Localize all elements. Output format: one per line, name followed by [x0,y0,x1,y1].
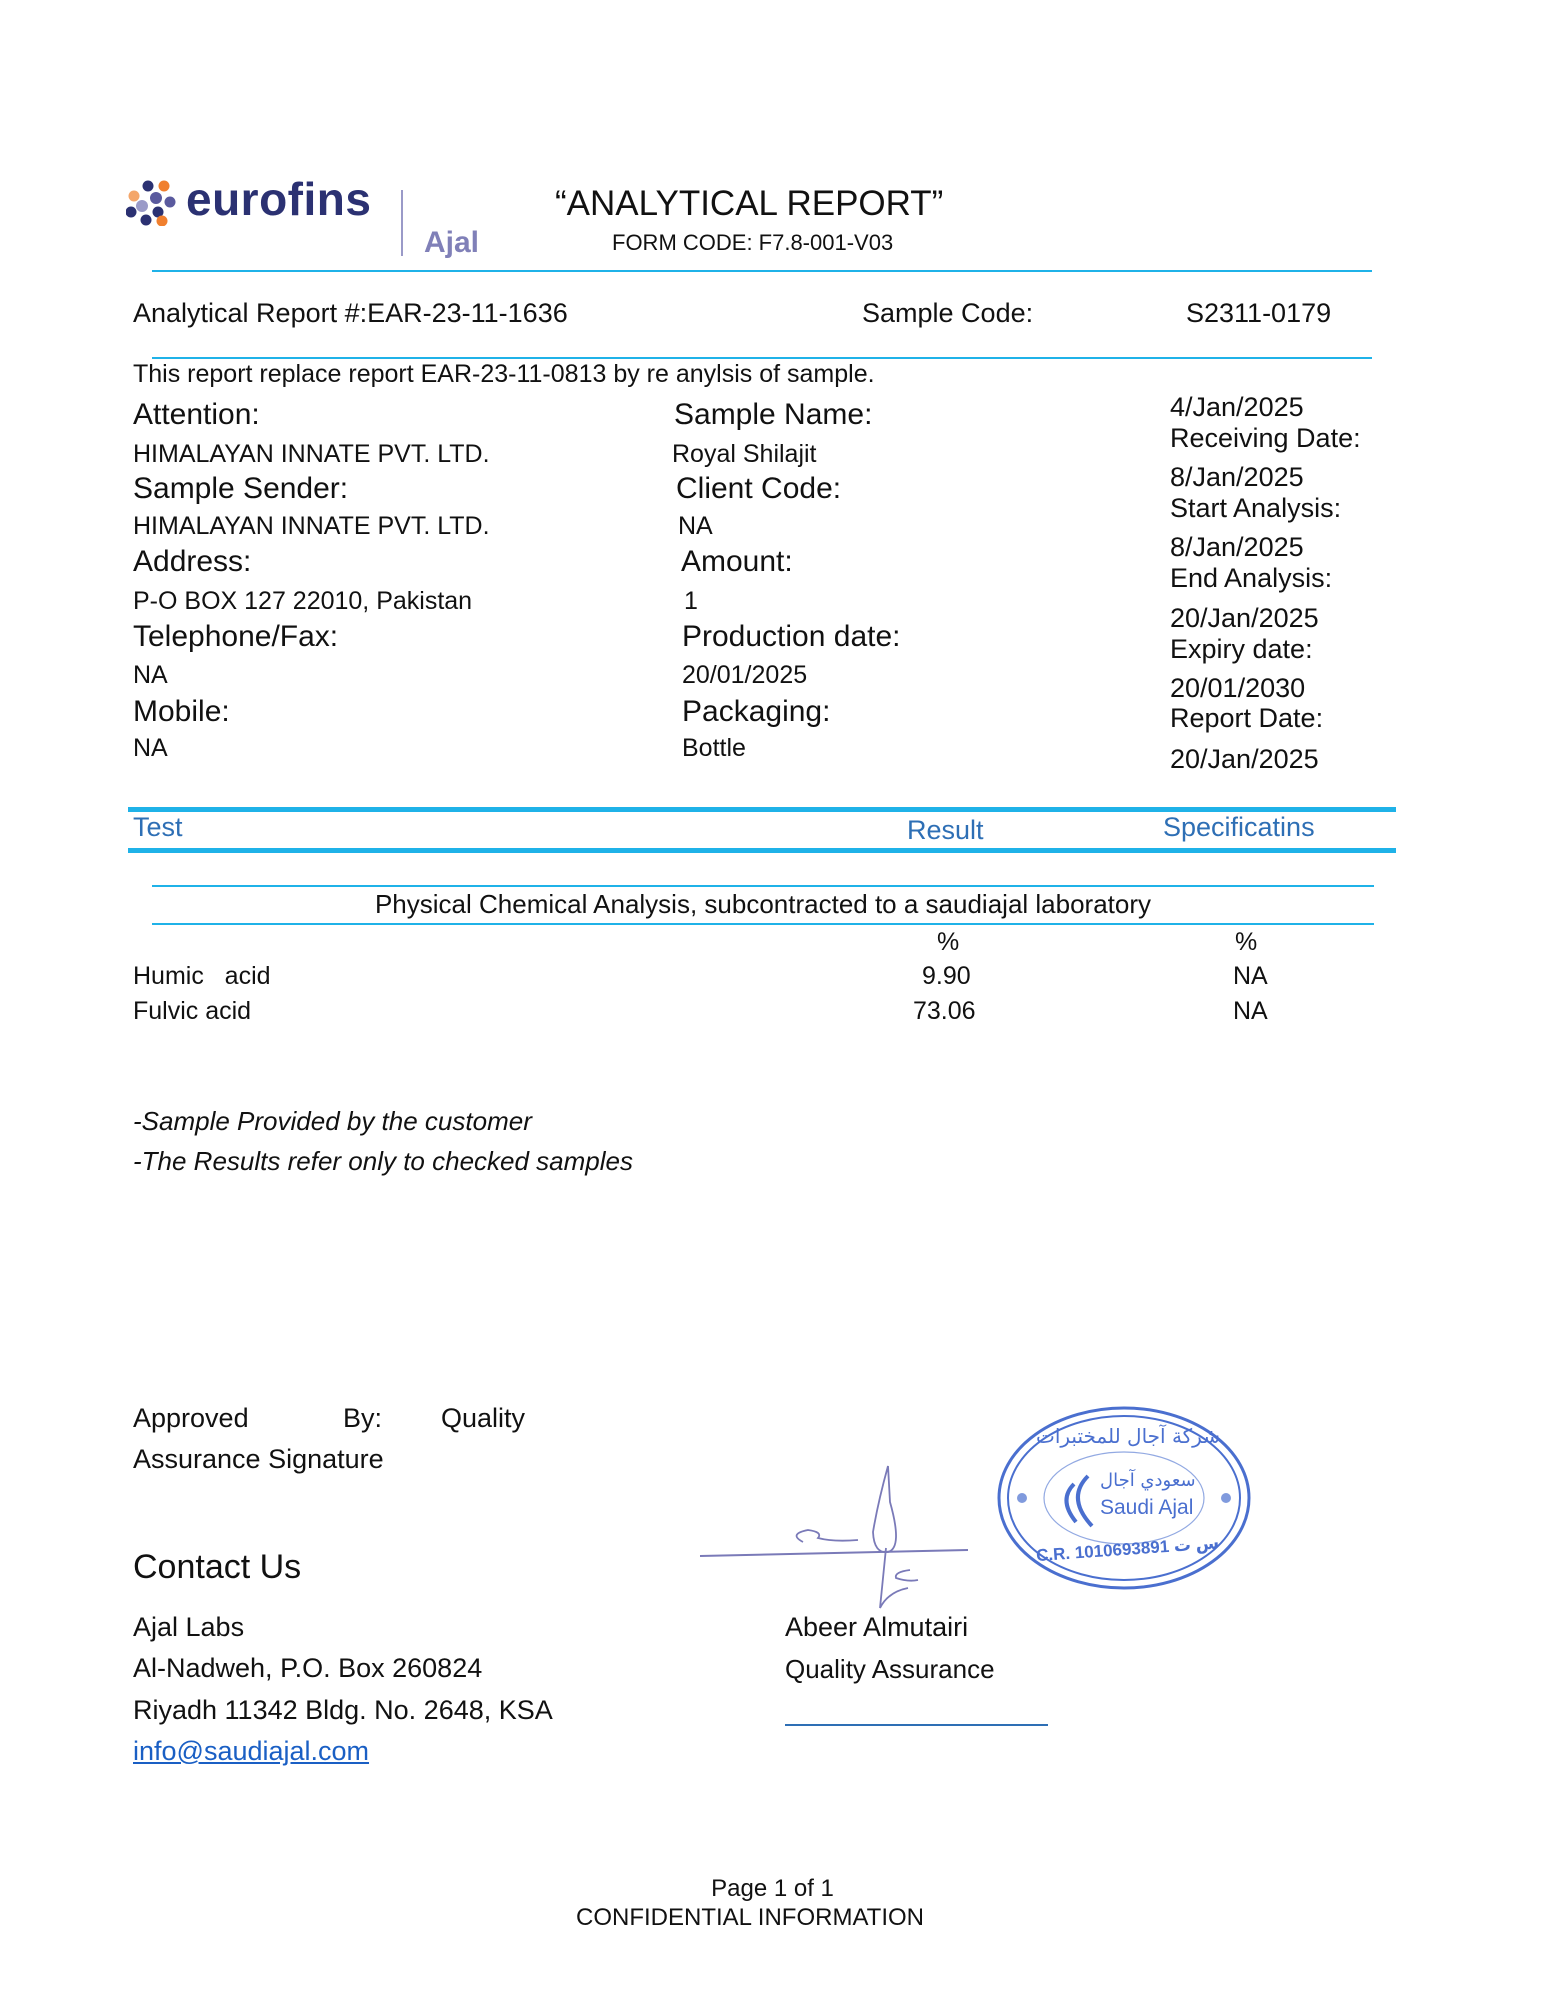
row-test-name: Humic acid [133,962,271,991]
brand-divider [401,190,403,256]
telephone-label: Telephone/Fax: [133,620,338,654]
packaging-label: Packaging: [682,695,830,729]
production-date-value: 20/01/2025 [682,661,807,690]
approved-word: Approved [133,1403,249,1434]
eurofins-logo-icon [126,180,176,226]
report-number: Analytical Report #:EAR-23-11-1636 [133,298,568,329]
sample-sender-value: HIMALAYAN INNATE PVT. LTD. [133,512,490,541]
attention-value: HIMALAYAN INNATE PVT. LTD. [133,440,490,469]
address-label: Address: [133,545,251,579]
spec-unit: % [1235,928,1257,957]
first-date-value: 4/Jan/2025 [1170,392,1304,423]
expiry-date-label: Expiry date: [1170,634,1313,665]
company-stamp: شركة آجال للمختبرات سعودي آجال Saudi Aja… [996,1404,1252,1592]
column-header-test: Test [133,812,183,843]
stamp-arabic-mid: سعودي آجال [1100,1470,1196,1491]
brand-name: eurofins [186,172,371,226]
sample-name-value: Royal Shilajit [672,440,817,469]
row-spec-value: NA [1233,962,1268,991]
telephone-value: NA [133,661,168,690]
report-info-divider [152,357,1372,359]
amount-label: Amount: [681,545,793,579]
address-value: P-O BOX 127 22010, Pakistan [133,587,472,616]
contact-title: Contact Us [133,1548,301,1587]
column-header-specifications: Specificatins [1163,812,1315,843]
mobile-label: Mobile: [133,695,230,729]
row-spec-value: NA [1233,997,1268,1026]
end-analysis-label: End Analysis: [1170,563,1332,594]
packaging-value: Bottle [682,734,746,763]
contact-address-line-2: Riyadh 11342 Bldg. No. 2648, KSA [133,1695,553,1726]
signer-role: Quality Assurance [785,1654,995,1685]
row-result-value: 9.90 [922,962,971,991]
stamp-arabic-top: شركة آجال للمختبرات [1036,1424,1212,1448]
receiving-date-value: 8/Jan/2025 [1170,462,1304,493]
receiving-date-label: Receiving Date: [1170,423,1361,454]
production-date-label: Production date: [682,620,900,654]
column-header-result: Result [907,815,984,846]
row-test-name: Fulvic acid [133,997,251,1026]
signer-name: Abeer Almutairi [785,1612,968,1643]
report-date-label: Report Date: [1170,703,1323,734]
page-title: “ANALYTICAL REPORT” [555,184,943,224]
section-title: Physical Chemical Analysis, subcontracte… [152,889,1374,920]
contact-company: Ajal Labs [133,1612,244,1643]
header-divider [152,270,1372,272]
end-analysis-value: 20/Jan/2025 [1170,603,1319,634]
amount-value: 1 [684,587,698,616]
by-word: By: [343,1403,382,1434]
result-unit: % [937,928,959,957]
sample-code-label: Sample Code: [862,298,1033,329]
form-code: FORM CODE: F7.8-001-V03 [612,230,893,256]
mobile-value: NA [133,734,168,763]
table-header-bottom-rule [128,848,1396,853]
row-result-value: 73.06 [913,997,976,1026]
sample-code-value: S2311-0179 [1186,298,1331,329]
note-item: -The Results refer only to checked sampl… [133,1146,633,1177]
assurance-signature-label: Assurance Signature [133,1444,384,1475]
note-item: -Sample Provided by the customer [133,1106,532,1137]
signature-line [785,1724,1048,1726]
expiry-date-value: 20/01/2030 [1170,673,1305,704]
sample-name-label: Sample Name: [674,398,872,432]
confidential-notice: CONFIDENTIAL INFORMATION [0,1904,1500,1932]
client-code-label: Client Code: [676,472,841,506]
section-top-rule [152,885,1374,887]
signature-icon [698,1462,978,1612]
sub-brand-name: Ajal [424,226,479,260]
start-analysis-label: Start Analysis: [1170,493,1341,524]
client-code-value: NA [678,512,713,541]
contact-address-line-1: Al-Nadweh, P.O. Box 260824 [133,1653,482,1684]
stamp-english: Saudi Ajal [1100,1496,1193,1520]
sample-sender-label: Sample Sender: [133,472,348,506]
attention-label: Attention: [133,398,260,432]
contact-email-link[interactable]: info@saudiajal.com [133,1736,369,1767]
page-number: Page 1 of 1 [0,1875,1545,1903]
start-analysis-value: 8/Jan/2025 [1170,532,1304,563]
report-date-value: 20/Jan/2025 [1170,744,1319,775]
section-bottom-rule [152,923,1374,925]
quality-word: Quality [441,1403,525,1434]
replace-note: This report replace report EAR-23-11-081… [133,360,875,389]
